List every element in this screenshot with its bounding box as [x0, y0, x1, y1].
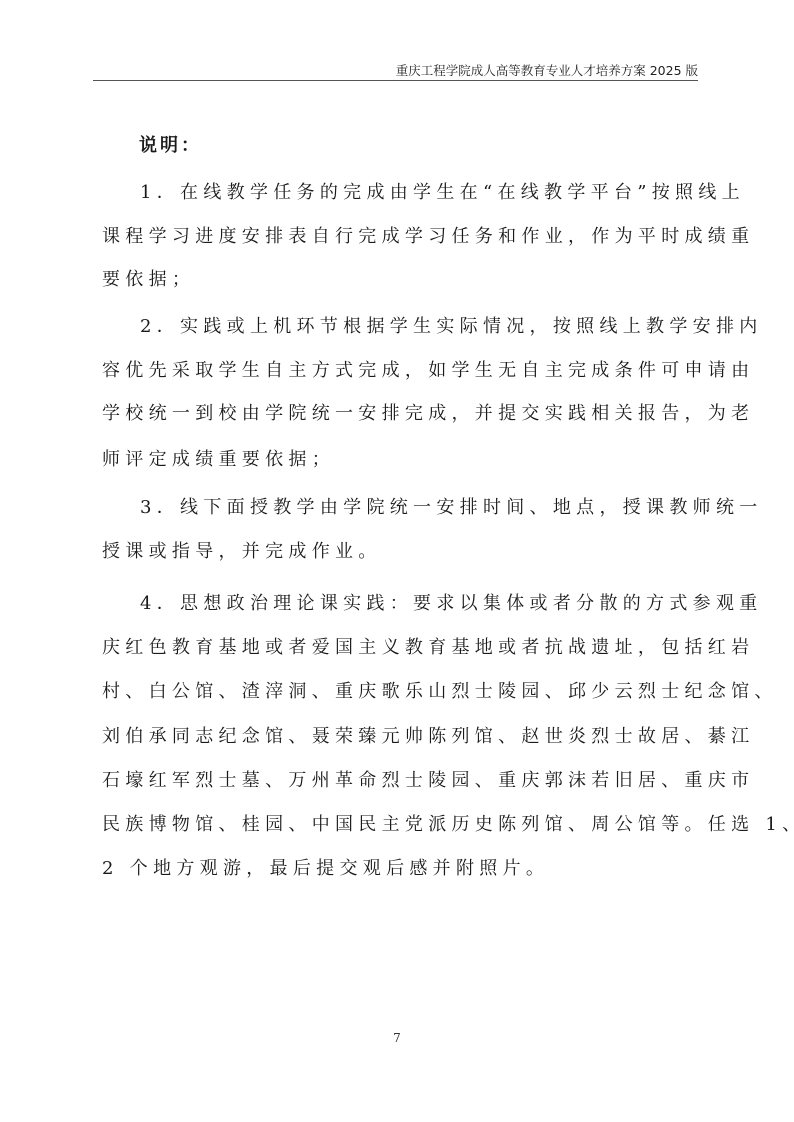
paragraph-4-line-3: 村、白公馆、渣滓洞、重庆歌乐山烈士陵园、邱少云烈士纪念馆、 [102, 680, 702, 704]
paragraph-4-line-1: 4．思想政治理论课实践：要求以集体或者分散的方式参观重 [140, 592, 740, 616]
paragraph-1-line-3: 要依据； [102, 268, 702, 292]
paragraph-4-line-4: 刘伯承同志纪念馆、聂荣臻元帅陈列馆、赵世炎烈士故居、綦江 [102, 725, 702, 749]
section-heading: 说明： [139, 131, 202, 157]
paragraph-4-line-7: 2 个地方观游，最后提交观后感并附照片。 [102, 857, 702, 881]
paragraph-4-line-5: 石壕红军烈士墓、万州革命烈士陵园、重庆郭沫若旧居、重庆市 [102, 769, 702, 793]
paragraph-1-line-2: 课程学习进度安排表自行完成学习任务和作业，作为平时成绩重 [102, 225, 702, 249]
paragraph-3-line-1: 3．线下面授教学由学院统一安排时间、地点，授课教师统一 [140, 496, 740, 520]
paragraph-3-line-2: 授课或指导，并完成作业。 [102, 540, 702, 564]
paragraph-1-line-1: 1．在线教学任务的完成由学生在“在线教学平台”按照线上 [140, 181, 740, 205]
paragraph-4-line-6: 民族博物馆、桂园、中国民主党派历史陈列馆、周公馆等。任选 1、 [102, 813, 702, 837]
paragraph-4-line-2: 庆红色教育基地或者爱国主义教育基地或者抗战遗址，包括红岩 [102, 636, 702, 660]
header-divider [93, 80, 698, 81]
paragraph-2-line-3: 学校统一到校由学院统一安排完成，并提交实践相关报告，为老 [102, 402, 702, 426]
page-number: 7 [0, 1031, 794, 1045]
paragraph-2-line-1: 2．实践或上机环节根据学生实际情况，按照线上教学安排内 [140, 315, 740, 339]
paragraph-2-line-4: 师评定成绩重要依据； [102, 448, 702, 472]
paragraph-2-line-2: 容优先采取学生自主方式完成，如学生无自主完成条件可申请由 [102, 359, 702, 383]
running-header-title: 重庆工程学院成人高等教育专业人才培养方案 2025 版 [396, 61, 698, 79]
